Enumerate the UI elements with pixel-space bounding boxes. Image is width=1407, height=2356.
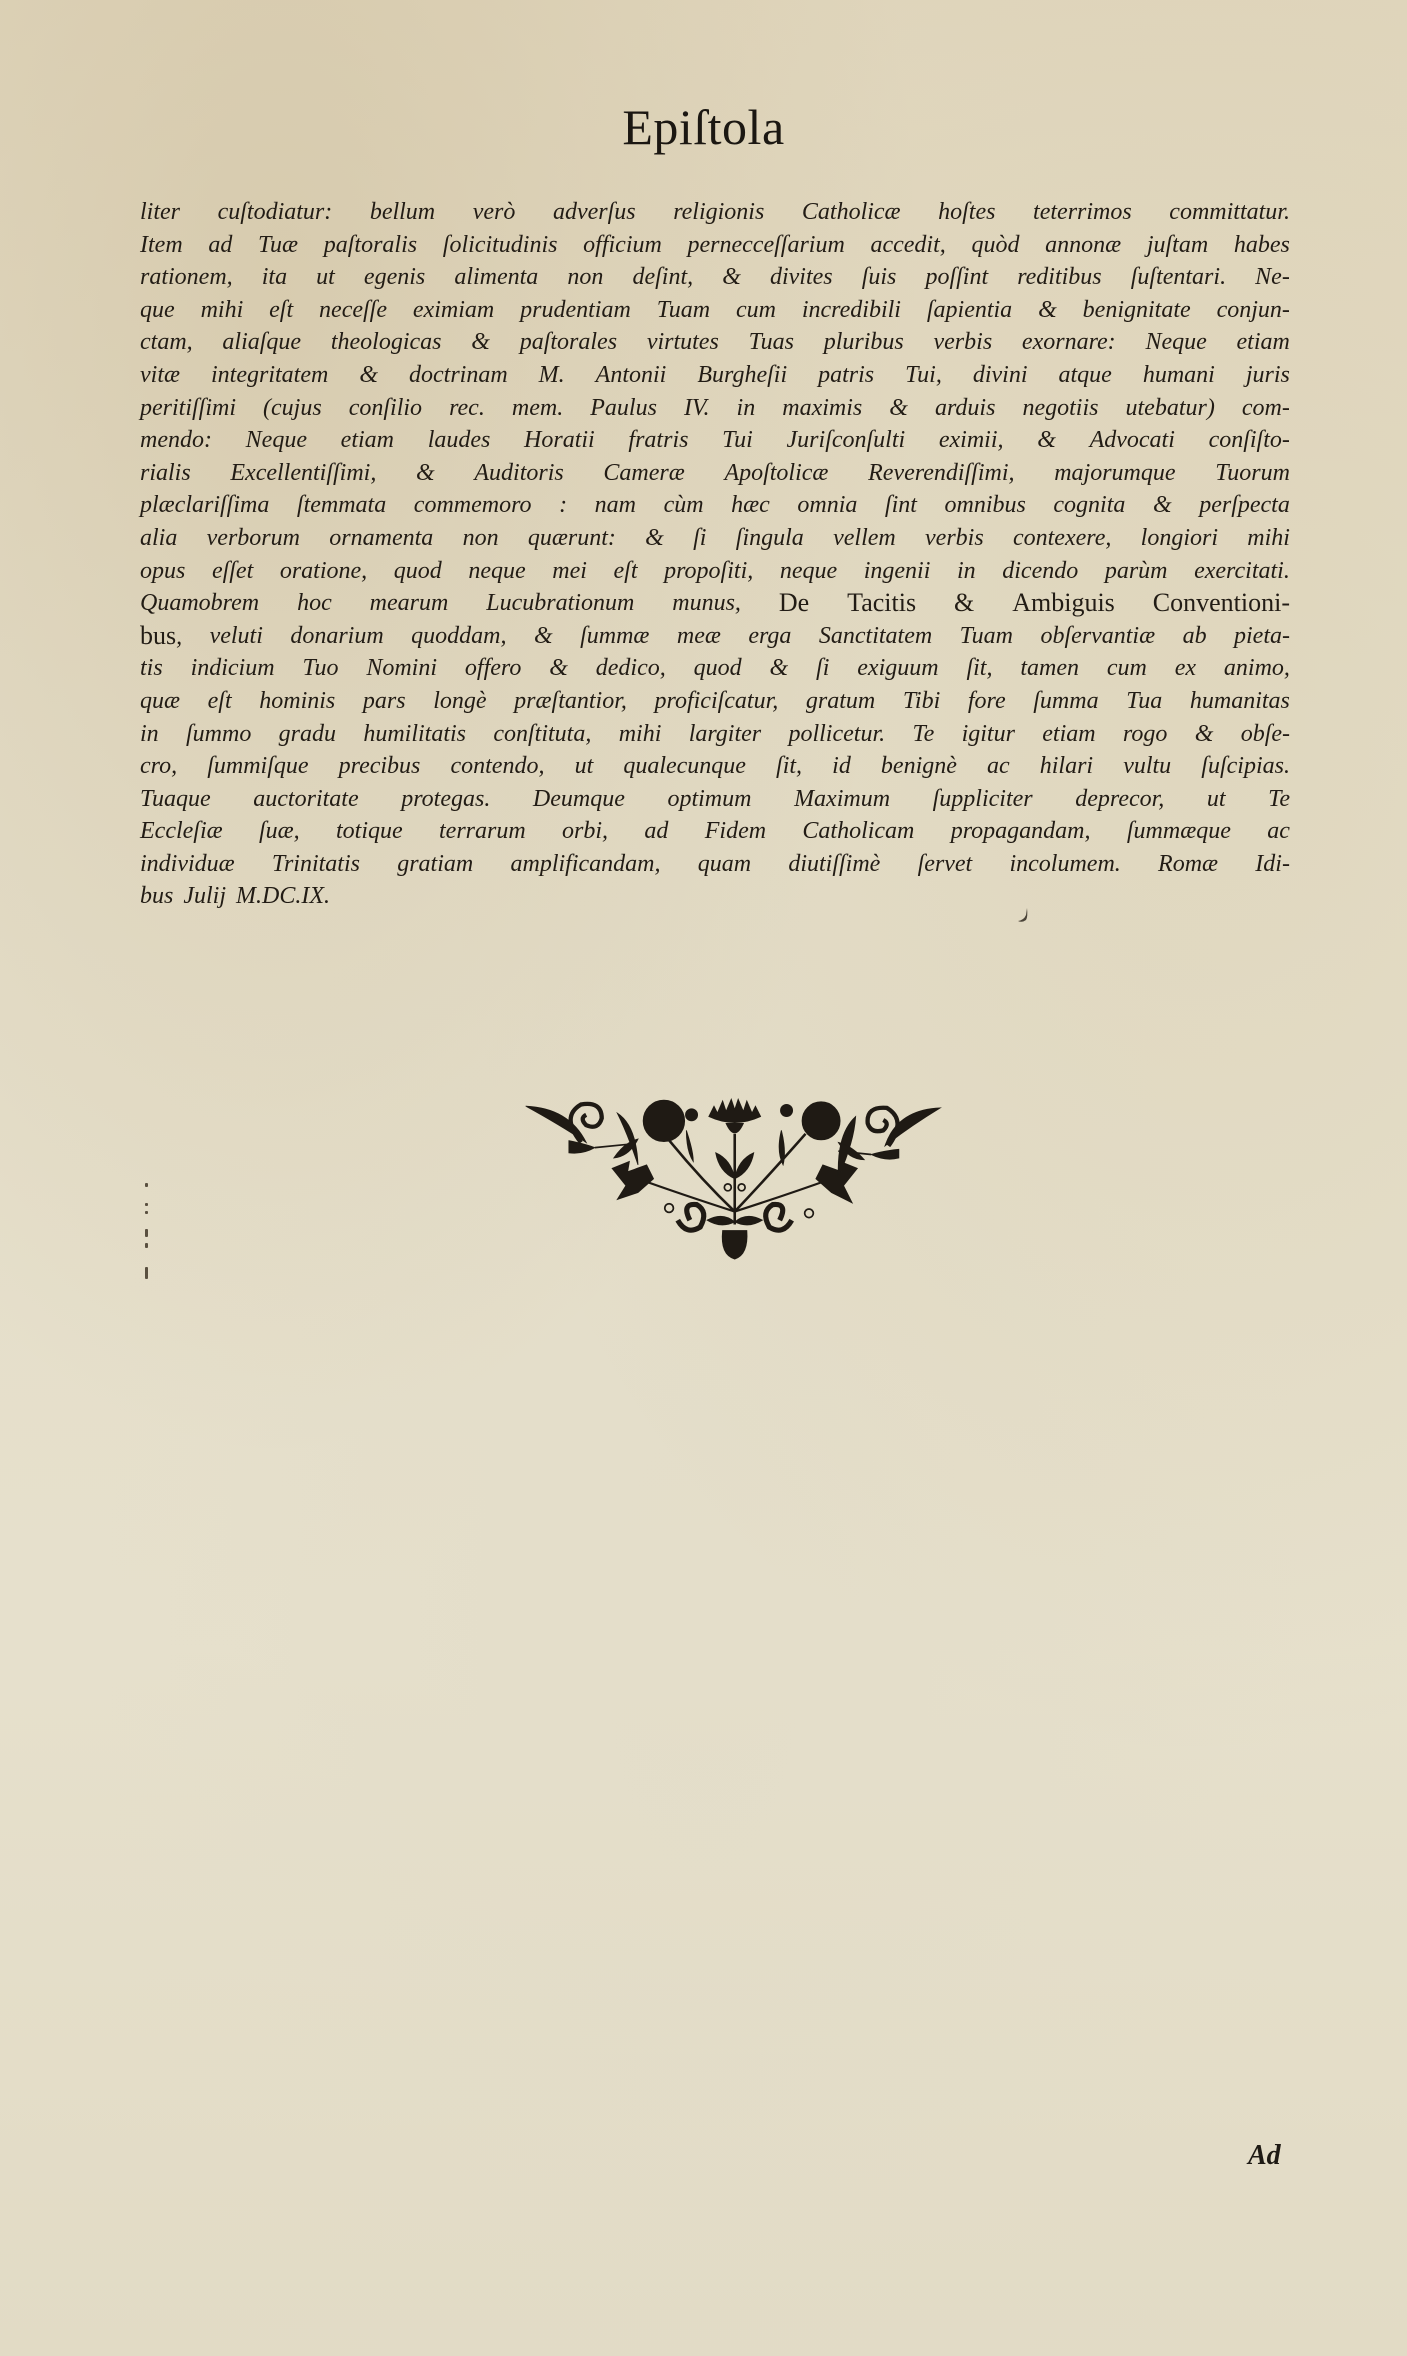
word: eximii, xyxy=(939,424,1004,457)
word: omnibus xyxy=(945,489,1026,522)
word: eximiam xyxy=(413,294,494,327)
word: ab xyxy=(1183,620,1207,653)
word: eſt xyxy=(208,685,232,718)
word: & xyxy=(645,522,664,555)
word: Paulus xyxy=(590,392,657,425)
word: cognita xyxy=(1053,489,1125,522)
word: commemoro xyxy=(414,489,532,522)
word: De xyxy=(779,587,809,620)
word: M. xyxy=(539,359,565,392)
word: Item xyxy=(140,229,183,262)
word: in xyxy=(957,555,976,588)
word: exiguum xyxy=(857,652,938,685)
word: & xyxy=(534,620,553,653)
text-line: plæclariſſimaſtemmatacommemoro:namcùmhæc… xyxy=(140,489,1290,522)
text-line: rialisExcellentiſſimi,&AuditorisCameræAp… xyxy=(140,457,1290,490)
word: pluribus xyxy=(824,326,904,359)
word: Antonii xyxy=(596,359,667,392)
text-line: ctam,aliaſquetheologicas&paſtoralesvirtu… xyxy=(140,326,1290,359)
word: plæclariſſima xyxy=(140,489,269,522)
text-line: individuæTrinitatisgratiamamplificandam,… xyxy=(140,848,1290,881)
word: Idi- xyxy=(1255,848,1290,881)
word: paſtorales xyxy=(520,326,617,359)
word: Tibi xyxy=(903,685,940,718)
word: nam xyxy=(595,489,636,522)
word: præſtantior, xyxy=(514,685,627,718)
word: quod xyxy=(394,555,442,588)
word: ad xyxy=(644,815,668,848)
word: Apoſtolicæ xyxy=(724,457,828,490)
word: quæ xyxy=(140,685,180,718)
word: precibus xyxy=(339,750,421,783)
word: proficiſcatur, xyxy=(655,685,779,718)
word: vitæ xyxy=(140,359,180,392)
word: Tuo xyxy=(302,652,338,685)
word: conſiſto- xyxy=(1209,424,1290,457)
word: Neque xyxy=(246,424,307,457)
word: Eccleſiæ xyxy=(140,815,223,848)
word: pars xyxy=(363,685,406,718)
word: com- xyxy=(1242,392,1290,425)
text-line: rationem,itautegenisalimentanondeſint,&d… xyxy=(140,261,1290,294)
word: Tuas xyxy=(749,326,794,359)
text-line: bus,velutidonariumquoddam,&ſummæmeæergaS… xyxy=(140,620,1290,653)
word: Cameræ xyxy=(603,457,684,490)
word: parùm xyxy=(1105,555,1168,588)
word: Tui xyxy=(722,424,753,457)
word: mihi xyxy=(619,718,662,751)
word: Te xyxy=(1268,783,1290,816)
word: Maximum xyxy=(794,783,890,816)
word: divites xyxy=(770,261,833,294)
word: ornamenta xyxy=(329,522,433,555)
word: ac xyxy=(1267,815,1290,848)
word: vultu xyxy=(1123,750,1171,783)
word: opus xyxy=(140,555,185,588)
word: quoddam, xyxy=(411,620,506,653)
word: & xyxy=(416,457,435,490)
word: Neque xyxy=(1145,326,1206,359)
word: dicendo xyxy=(1002,555,1078,588)
word: Te xyxy=(912,718,934,751)
word: quod xyxy=(694,652,742,685)
text-line: mendo:NequeetiamlaudesHoratiifratrisTuiJ… xyxy=(140,424,1290,457)
text-line: inſummograduhumilitatisconſtituta,mihila… xyxy=(140,718,1290,751)
word: ſuſtentari. xyxy=(1131,261,1226,294)
word: ſit, xyxy=(966,652,992,685)
word: majorumque xyxy=(1054,457,1175,490)
word: habes xyxy=(1234,229,1290,262)
word: Horatii xyxy=(524,424,595,457)
word: patris xyxy=(818,359,874,392)
word: Tuorum xyxy=(1215,457,1290,490)
text-line: quæeſthominisparslongèpræſtantior,profic… xyxy=(140,685,1290,718)
word: rec. xyxy=(449,392,485,425)
word: Ne- xyxy=(1255,261,1290,294)
word: Romæ xyxy=(1158,848,1218,881)
word: doctrinam xyxy=(409,359,508,392)
word: mendo: xyxy=(140,424,212,457)
word: conjun- xyxy=(1217,294,1290,327)
word: ſervet xyxy=(918,848,973,881)
word: ſuæ, xyxy=(259,815,300,848)
word: laudes xyxy=(428,424,491,457)
dedication-text: litercuſtodiatur:bellumveròadverſusrelig… xyxy=(140,196,1290,913)
word: committatur. xyxy=(1169,196,1290,229)
word: accedit, xyxy=(870,229,945,262)
word: gratum xyxy=(806,685,875,718)
word: mei xyxy=(552,555,587,588)
text-line: Eccleſiæſuæ,totiqueterrarumorbi,adFidemC… xyxy=(140,815,1290,848)
word: pernecceſſarium xyxy=(688,229,845,262)
word: ingenii xyxy=(864,555,931,588)
word: conſtituta, xyxy=(493,718,591,751)
word: : xyxy=(559,489,567,522)
word: cum xyxy=(1107,652,1147,685)
word: Reverendiſſimi, xyxy=(868,457,1014,490)
word: M.DC.IX. xyxy=(236,880,330,913)
word: etiam xyxy=(341,424,394,457)
word: Tuam xyxy=(657,294,710,327)
word: Nomini xyxy=(366,652,437,685)
word: Juriſconſulti xyxy=(787,424,906,457)
word: hoſtes xyxy=(938,196,995,229)
word: orbi, xyxy=(562,815,608,848)
word: & xyxy=(1153,489,1172,522)
book-page: Epiſtola litercuſtodiatur:bellumveròadve… xyxy=(0,0,1407,2356)
word: perſpecta xyxy=(1199,489,1290,522)
word: IV. xyxy=(684,392,710,425)
word: incolumem. xyxy=(1009,848,1120,881)
word: quam xyxy=(698,848,751,881)
word: eſt xyxy=(269,294,293,327)
word: & xyxy=(770,652,789,685)
word: animo, xyxy=(1224,652,1290,685)
word: gradu xyxy=(279,718,336,751)
word: quòd xyxy=(971,229,1019,262)
word: donarium xyxy=(290,620,383,653)
word: verbis xyxy=(934,326,993,359)
word: auctoritate xyxy=(253,783,358,816)
text-line: peritiſſimi(cujusconſiliorec.mem.PaulusI… xyxy=(140,392,1290,425)
word: integritatem xyxy=(211,359,328,392)
word: cùm xyxy=(664,489,704,522)
word: Tui, xyxy=(905,359,942,392)
word: atque xyxy=(1058,359,1111,392)
word: & xyxy=(471,326,490,359)
word: longiori xyxy=(1141,522,1218,555)
word: que xyxy=(140,294,175,327)
word: incredibili xyxy=(802,294,901,327)
word: Tuam xyxy=(960,620,1013,653)
word: rialis xyxy=(140,457,191,490)
word: Sanctitatem xyxy=(819,620,932,653)
word: ſummæque xyxy=(1127,815,1231,848)
word: ſint xyxy=(885,489,917,522)
word: & xyxy=(722,261,741,294)
word: ſummæ xyxy=(580,620,649,653)
word: propoſiti, xyxy=(664,555,753,588)
word: & xyxy=(359,359,378,392)
word: Quamobrem xyxy=(140,587,259,620)
word: ſolicitudinis xyxy=(443,229,558,262)
word: benignitate xyxy=(1083,294,1191,327)
word: prudentiam xyxy=(520,294,631,327)
word: eſt xyxy=(614,555,638,588)
word: mem. xyxy=(512,392,563,425)
word: munus, xyxy=(672,587,741,620)
word: Advocati xyxy=(1090,424,1175,457)
word: in xyxy=(737,392,756,425)
word: virtutes xyxy=(647,326,719,359)
word: pollicetur. xyxy=(788,718,885,751)
word: totique xyxy=(336,815,403,848)
text-line: vitæintegritatem&doctrinamM.AntoniiBurgh… xyxy=(140,359,1290,392)
word: neque xyxy=(468,555,525,588)
word: largiter xyxy=(689,718,761,751)
word: obſe- xyxy=(1241,718,1290,751)
word: ctam, xyxy=(140,326,193,359)
word: meæ xyxy=(677,620,721,653)
word: contexere, xyxy=(1013,522,1111,555)
word: longè xyxy=(433,685,486,718)
text-line: opuseſſetoratione,quodnequemeieſtpropoſi… xyxy=(140,555,1290,588)
word: arduis xyxy=(935,392,995,425)
word: gratiam xyxy=(397,848,473,881)
word: quærunt: xyxy=(528,522,616,555)
margin-marks xyxy=(143,1183,151,1283)
text-line: ItemadTuæpaſtoralisſolicitudinisofficium… xyxy=(140,229,1290,262)
floral-ornament xyxy=(488,1082,978,1272)
word: propagandam, xyxy=(951,815,1091,848)
word: negotiis xyxy=(1022,392,1098,425)
word: cuſtodiatur: xyxy=(218,196,333,229)
text-line: tisindiciumTuoNominioffero&dedico,quod&ſ… xyxy=(140,652,1290,685)
text-line: litercuſtodiatur:bellumveròadverſusrelig… xyxy=(140,196,1290,229)
word: hoc xyxy=(297,587,332,620)
word: fore xyxy=(968,685,1006,718)
word: ſuſcipias. xyxy=(1201,750,1290,783)
word: bellum xyxy=(370,196,435,229)
word: poſſint xyxy=(925,261,988,294)
word: Fidem xyxy=(705,815,766,848)
word: adverſus xyxy=(553,196,636,229)
word: Tuæ xyxy=(258,229,298,262)
word: liter xyxy=(140,196,180,229)
word: omnia xyxy=(797,489,857,522)
word: Burgheſii xyxy=(697,359,787,392)
word: exornare: xyxy=(1022,326,1116,359)
word: neceſſe xyxy=(319,294,387,327)
word: juris xyxy=(1246,359,1290,392)
word: tamen xyxy=(1020,652,1079,685)
catchword: Ad xyxy=(1248,2140,1281,2172)
word: religionis xyxy=(673,196,764,229)
word: rationem, xyxy=(140,261,233,294)
word: mihi xyxy=(201,294,244,327)
word: individuæ xyxy=(140,848,235,881)
word: peritiſſimi xyxy=(140,392,236,425)
word: officium xyxy=(583,229,662,262)
word: humilitatis xyxy=(363,718,466,751)
word: Catholicam xyxy=(802,815,914,848)
word: neque xyxy=(780,555,837,588)
word: & xyxy=(889,392,908,425)
word: aliaſque xyxy=(222,326,301,359)
word: alia xyxy=(140,522,177,555)
word: ſi xyxy=(693,522,706,555)
word: Excellentiſſimi, xyxy=(230,457,376,490)
word: alimenta xyxy=(454,261,538,294)
word: deprecor, xyxy=(1075,783,1164,816)
word: divini xyxy=(973,359,1028,392)
word: veluti xyxy=(210,620,263,653)
word: & xyxy=(1195,718,1214,751)
word: verò xyxy=(473,196,516,229)
word: Conventioni- xyxy=(1153,587,1290,620)
word: deſint, xyxy=(632,261,693,294)
word: pieta- xyxy=(1234,620,1290,653)
word: vellem xyxy=(833,522,896,555)
word: & xyxy=(549,652,568,685)
ink-mark xyxy=(1016,908,1030,924)
word: cum xyxy=(736,294,776,327)
word: in xyxy=(140,718,159,751)
word: indicium xyxy=(191,652,275,685)
word: Lucubrationum xyxy=(486,587,634,620)
word: hilari xyxy=(1040,750,1093,783)
word: egenis xyxy=(364,261,425,294)
word: mihi xyxy=(1247,522,1290,555)
word: (cujus xyxy=(263,392,322,425)
word: ſtemmata xyxy=(297,489,386,522)
word: exercitati. xyxy=(1194,555,1290,588)
word: ſuppliciter xyxy=(933,783,1033,816)
word: ſummo xyxy=(186,718,251,751)
word: & xyxy=(1038,294,1057,327)
text-line: busJulijM.DC.IX. xyxy=(140,880,1290,913)
word: Catholicæ xyxy=(802,196,901,229)
word: humani xyxy=(1143,359,1215,392)
word: annonæ xyxy=(1045,229,1121,262)
word: Julij xyxy=(183,880,226,913)
word: diutiſſimè xyxy=(788,848,880,881)
word: ut xyxy=(575,750,594,783)
word: oratione, xyxy=(280,555,367,588)
word: contendo, xyxy=(450,750,544,783)
word: & xyxy=(1037,424,1056,457)
word: bus xyxy=(140,880,173,913)
word: ut xyxy=(316,261,335,294)
word: erga xyxy=(748,620,791,653)
word: ita xyxy=(262,261,287,294)
word: mearum xyxy=(370,587,449,620)
word: & xyxy=(954,587,974,620)
text-line: cro,ſummiſqueprecibuscontendo,utqualecun… xyxy=(140,750,1290,783)
word: obſervantiæ xyxy=(1040,620,1155,653)
word: Deumque xyxy=(533,783,625,816)
word: ſit, xyxy=(776,750,802,783)
word: terrarum xyxy=(439,815,526,848)
word: ſapientia xyxy=(927,294,1012,327)
word: amplificandam, xyxy=(510,848,660,881)
text-line: aliaverborumornamentanonquærunt:&ſiſingu… xyxy=(140,522,1290,555)
word: eſſet xyxy=(212,555,253,588)
word: etiam xyxy=(1042,718,1095,751)
word: optimum xyxy=(667,783,751,816)
word: tis xyxy=(140,652,163,685)
word: bus, xyxy=(140,620,182,653)
word: theologicas xyxy=(331,326,442,359)
word: reditibus xyxy=(1017,261,1101,294)
word: ut xyxy=(1207,783,1226,816)
word: protegas. xyxy=(401,783,490,816)
word: ſuis xyxy=(862,261,897,294)
word: hæc xyxy=(731,489,770,522)
word: ſingula xyxy=(736,522,804,555)
word: id xyxy=(832,750,851,783)
word: Ambiguis xyxy=(1012,587,1115,620)
word: igitur xyxy=(962,718,1015,751)
word: maximis xyxy=(782,392,862,425)
word: hominis xyxy=(259,685,335,718)
word: non xyxy=(463,522,499,555)
word: conſilio xyxy=(349,392,422,425)
word: juſtam xyxy=(1147,229,1208,262)
word: benignè xyxy=(881,750,957,783)
word: qualecunque xyxy=(623,750,746,783)
floral-vase-icon xyxy=(488,1082,978,1272)
running-head: Epiſtola xyxy=(0,98,1407,156)
text-line: quemihieſtneceſſeeximiamprudentiamTuamcu… xyxy=(140,294,1290,327)
word: etiam xyxy=(1237,326,1290,359)
text-line: Tuaqueauctoritateprotegas.Deumqueoptimum… xyxy=(140,783,1290,816)
word: fratris xyxy=(628,424,688,457)
word: humanitas xyxy=(1190,685,1290,718)
word: Trinitatis xyxy=(272,848,360,881)
word: rogo xyxy=(1123,718,1167,751)
word: Tacitis xyxy=(847,587,916,620)
word: Tua xyxy=(1126,685,1162,718)
word: ad xyxy=(208,229,232,262)
word: Tuaque xyxy=(140,783,211,816)
word: utebatur) xyxy=(1126,392,1215,425)
word: verborum xyxy=(207,522,300,555)
word: ac xyxy=(987,750,1010,783)
word: ſi xyxy=(816,652,829,685)
word: dedico, xyxy=(596,652,666,685)
word: offero xyxy=(465,652,521,685)
word: ex xyxy=(1175,652,1196,685)
word: ſumma xyxy=(1033,685,1098,718)
word: non xyxy=(567,261,603,294)
word: paſtoralis xyxy=(324,229,417,262)
word: ſummiſque xyxy=(207,750,308,783)
word: Auditoris xyxy=(474,457,563,490)
word: cro, xyxy=(140,750,177,783)
text-line: QuamobremhocmearumLucubrationummunus,DeT… xyxy=(140,587,1290,620)
word: teterrimos xyxy=(1033,196,1132,229)
word: verbis xyxy=(925,522,984,555)
